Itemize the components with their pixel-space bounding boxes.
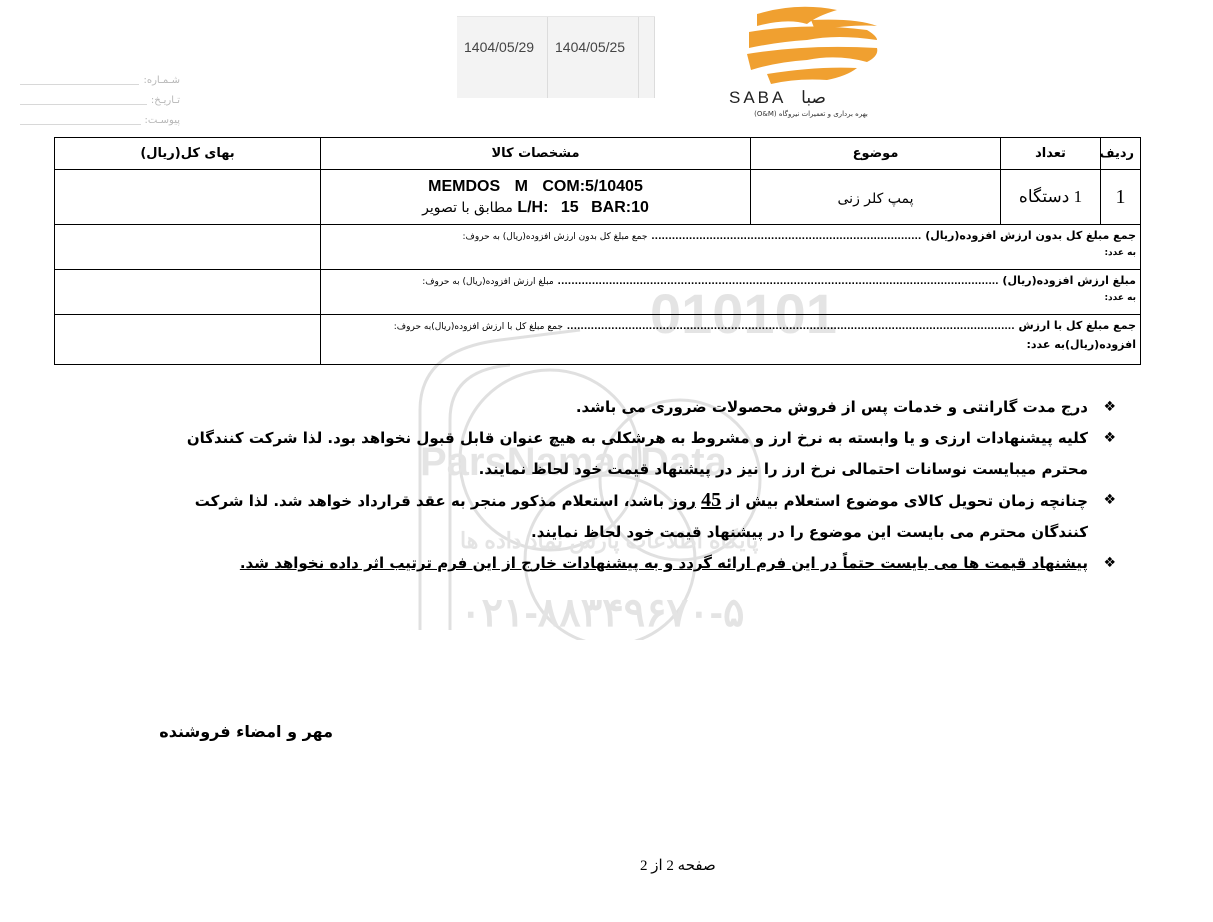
header-total: بهای کل(ریال) (55, 138, 321, 170)
date-deadline: 1404/05/29 (457, 17, 548, 98)
cell-qty: 1 دستگاه (1001, 170, 1101, 225)
date-issued: 1404/05/25 (548, 17, 639, 98)
header-qty: تعداد (1001, 138, 1101, 170)
summary-in-numbers: به عدد: (327, 248, 1136, 258)
subject-value: پمپ کلر زنی (838, 191, 914, 207)
summary-row-without-vat: جمع مبلغ کل بدون ارزش افزوده(ریال) .....… (55, 225, 1141, 270)
table-header-row: ردیف تعداد موضوع مشخصات کالا بهای کل(ریا… (55, 138, 1141, 170)
delivery-days-unit: روز (669, 492, 696, 510)
seller-signature-label: مهر و امضاء فروشنده (159, 722, 333, 741)
cell-spec: MEMDOS M COM:5/10405 L/H: 15 BAR:10 مطاب… (321, 170, 751, 225)
table-row: 1 1 دستگاه پمپ کلر زنی MEMDOS M COM:5/10… (55, 170, 1141, 225)
summary-without-vat-value[interactable] (55, 225, 321, 270)
summary-row-with-vat: جمع مبلغ کل با ارزش ....................… (55, 315, 1141, 365)
meta-date: تـاریـخ: (20, 90, 180, 110)
term-delivery: ❖ چنانچه زمان تحویل کالای موضوع استعلام … (166, 485, 1116, 548)
summary-with-vat-text: جمع مبلغ کل با ارزش ....................… (321, 315, 1141, 365)
summary-vat-value[interactable] (55, 270, 321, 315)
bullet-icon: ❖ (1103, 485, 1116, 516)
summary-vat-text: مبلغ ارزش افزوده(ریال) .................… (321, 270, 1141, 315)
spec-model: MEMDOS M COM:5/10405 (321, 178, 750, 196)
term-form-required: ❖ پیشنهاد قیمت ها می بایست حتماً در این … (166, 548, 1116, 579)
radif-value: 1 (1116, 186, 1126, 208)
meta-date-line (20, 95, 147, 105)
meta-attachment: پیوسـت: (20, 110, 180, 130)
spec-flow-pressure: L/H: 15 BAR:10 (517, 199, 649, 216)
summary-title: مبلغ ارزش افزوده(ریال) (1002, 274, 1136, 287)
cell-subject: پمپ کلر زنی (751, 170, 1001, 225)
summary-title: جمع مبلغ کل با ارزش (1018, 319, 1136, 332)
spec-per-image: مطابق با تصویر (422, 200, 513, 216)
summary-with-vat-value[interactable] (55, 315, 321, 365)
header-spec: مشخصات کالا (321, 138, 751, 170)
header-radif: ردیف (1101, 138, 1141, 170)
bullet-icon: ❖ (1103, 548, 1116, 579)
meta-attachment-label: پیوسـت: (145, 115, 180, 126)
summary-title: جمع مبلغ کل بدون ارزش افزوده(ریال) (925, 229, 1136, 242)
summary-row-vat: مبلغ ارزش افزوده(ریال) .................… (55, 270, 1141, 315)
date-spacer (639, 17, 655, 98)
meta-date-label: تـاریـخ: (151, 95, 180, 106)
term-text-before: چنانچه زمان تحویل کالای موضوع استعلام بی… (726, 492, 1088, 510)
saba-swirl-icon (727, 4, 895, 88)
bullet-icon: ❖ (1103, 392, 1116, 423)
meta-number-label: شـمـاره: (143, 75, 180, 86)
cell-radif: 1 (1101, 170, 1141, 225)
summary-in-numbers: به عدد: (327, 293, 1136, 303)
logo-latin: SABA (729, 88, 785, 107)
page-number: صفحه 2 از 2 (640, 856, 716, 875)
items-table: ردیف تعداد موضوع مشخصات کالا بهای کل(ریا… (54, 137, 1141, 365)
watermark-phone: ۰۲۱-۸۸۳۴۹۶۷۰-۵ (460, 590, 744, 636)
bullet-icon: ❖ (1103, 423, 1116, 454)
term-currency: ❖ کلیه پیشنهادات ارزی و یا وابسته به نرخ… (166, 423, 1116, 485)
term-text: کلیه پیشنهادات ارزی و یا وابسته به نرخ ا… (187, 429, 1088, 478)
summary-in-numbers: افزوده(ریال)به عدد: (327, 338, 1136, 351)
summary-in-words: مبلغ ارزش افزوده(ریال) به حروف: (422, 277, 554, 287)
cell-total[interactable] (55, 170, 321, 225)
logo-persian: صبا (801, 88, 826, 107)
header-subject: موضوع (751, 138, 1001, 170)
logo-subtitle: بهره برداری و تعمیرات نیروگاه (O&M) (727, 110, 895, 118)
date-box: 1404/05/29 1404/05/25 (457, 16, 655, 98)
terms-list: ❖ درج مدت گارانتی و خدمات پس از فروش محص… (166, 392, 1116, 579)
term-text: پیشنهاد قیمت ها می بایست حتماً در این فر… (240, 554, 1088, 572)
reference-meta: شـمـاره: تـاریـخ: پیوسـت: (20, 70, 180, 130)
term-warranty: ❖ درج مدت گارانتی و خدمات پس از فروش محص… (166, 392, 1116, 423)
delivery-days-number: 45 (701, 489, 721, 511)
term-text: درج مدت گارانتی و خدمات پس از فروش محصول… (576, 398, 1088, 416)
logo-wordmark: SABA صبا (729, 88, 893, 108)
spec-details: L/H: 15 BAR:10 مطابق با تصویر (321, 199, 750, 217)
qty-value: 1 دستگاه (1019, 187, 1082, 206)
summary-without-vat-text: جمع مبلغ کل بدون ارزش افزوده(ریال) .....… (321, 225, 1141, 270)
summary-in-words: جمع مبلغ کل با ارزش افزوده(ریال)به حروف: (394, 322, 563, 332)
summary-in-words: جمع مبلغ کل بدون ارزش افزوده(ریال) به حر… (462, 232, 647, 242)
saba-logo: SABA صبا بهره برداری و تعمیرات نیروگاه (… (727, 4, 895, 122)
meta-number: شـمـاره: (20, 70, 180, 90)
meta-number-line (20, 75, 139, 85)
meta-attachment-line (20, 115, 141, 125)
